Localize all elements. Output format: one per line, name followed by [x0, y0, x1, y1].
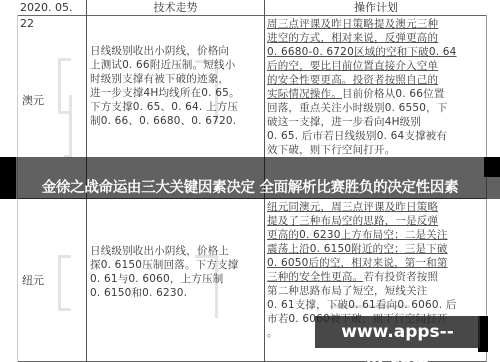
plan-line-underlined: 三种的安全性更高。 [267, 271, 363, 283]
trend-line: 下方支撑0. 65、0. 64. 上方压 [90, 100, 262, 114]
banner-edge-right [484, 157, 500, 177]
plan-line: 实际情况操作。目前价格从0. 66位置 [267, 87, 487, 101]
trend-text-aud: 日线级别收出小阴线，价格向 上测试0. 66附近压制。短线小 时级别支撑有被下破… [90, 44, 262, 128]
plan-line: 纽元同澳元，周三点评课及昨日策略 [267, 200, 487, 214]
plan-line: 周三点评课及昨日策略提及澳元三种 [267, 17, 487, 31]
plan-line: 0. 65. 后市若日线级别0. 64支撑被有 [267, 129, 487, 143]
trend-line: 探0. 6150压制回落。下方支撑 [90, 258, 262, 272]
watermark-shape [58, 255, 71, 311]
trend-line: 制0. 66、0. 6680、0. 6720. [90, 114, 262, 128]
header-date: 2020. 05. 22 [17, 0, 89, 16]
plan-line: 更高的0. 6230上方布局空；二是关注 [267, 228, 487, 242]
watermark-shape [58, 58, 71, 114]
trend-line: 日线级别收出小阴线，价格向 [90, 44, 262, 58]
watermark-shape [64, 95, 72, 158]
trend-line: 时级别支撑有被下破的迹象， [90, 72, 262, 86]
trend-line: 进一步支撑4H均线所在0. 65。 [90, 86, 262, 100]
plan-line: 后的空，要比目前位置直接介入空单 [267, 59, 487, 73]
plan-line: 第二种思路布局了短空，短线关注 [267, 284, 487, 298]
plan-line: 震荡上沿0. 6150附近的空；三是下破 [267, 242, 487, 256]
plan-line: 回落，重点关注小时级别0. 6550，下 [267, 101, 487, 115]
header-trend: 技术走势 [87, 0, 264, 16]
trend-line: 0. 6150和0. 6230. [90, 286, 262, 300]
plan-line: 提及了三种布局空的思路，一是反弹 [267, 214, 487, 228]
banner-title: 金徐之战命运由三大关键因素决定 全面解析比赛胜负的决定性因素 [0, 176, 500, 197]
plan-line-plain: 若有投资者按照 [363, 271, 438, 283]
plan-line: 三种的安全性更高。若有投资者按照 [267, 270, 487, 284]
plan-line: 0. 6680-0. 6720区域的空和下破0. 64 [267, 45, 487, 59]
plan-line: 0. 61支撑，下破0. 61看向0. 6060. 后 [267, 298, 487, 312]
header-plan: 操作计划 [265, 0, 487, 16]
trend-text-nzd: 日线级别收出小阴线，价格上 探0. 6150压制回落。下方支撑 0. 61与0.… [90, 244, 262, 300]
currency-label-nzd: 纽元 [22, 272, 44, 288]
plan-line-underlined: 实际情况操作。 [267, 88, 342, 100]
plan-line: 进空的方式，相对来说，反弹更高的 [267, 31, 487, 45]
plan-line: 0. 6050后的空，相对来说，第一和第 [267, 256, 487, 270]
trend-line: 0. 61与0. 6060，上方压制 [90, 272, 262, 286]
plan-line: 的安全性要更高。投资者按照自己的 [267, 73, 487, 87]
trend-line: 上测试0. 66附近压制。短线小 [90, 58, 262, 72]
currency-label-aud: 澳元 [22, 92, 44, 108]
plan-line: 效下破，则下行空间打开。 [267, 143, 487, 157]
plan-text-aud: 周三点评课及昨日策略提及澳元三种 进空的方式，相对来说，反弹更高的 0. 668… [267, 17, 487, 157]
plan-line-plain: 目前价格从0. 66位置 [342, 88, 445, 100]
trend-line: 日线级别收出小阴线，价格上 [90, 244, 262, 258]
url-watermark: www.apps--j9.com [315, 316, 480, 348]
plan-line: 破这一支撑，进一步看向4H级别 [267, 115, 487, 129]
